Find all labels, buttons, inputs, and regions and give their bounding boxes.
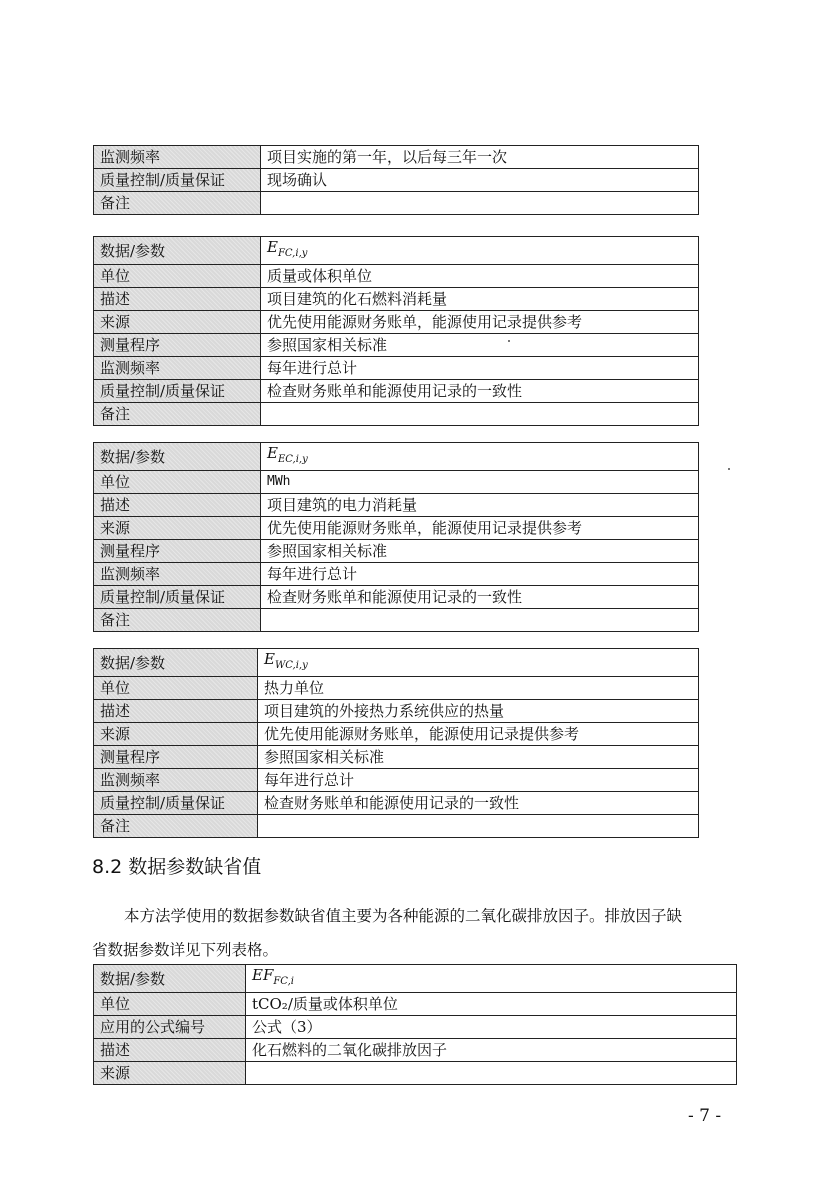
- table-row: 质量控制/质量保证现场确认: [94, 169, 699, 192]
- row-value: 项目建筑的电力消耗量: [261, 494, 699, 517]
- row-value: 参照国家相关标准: [261, 334, 699, 357]
- row-label: 备注: [94, 403, 261, 426]
- row-label: 描述: [94, 700, 258, 723]
- row-value: 检查财务账单和能源使用记录的一致性: [261, 586, 699, 609]
- row-label: 监测频率: [94, 769, 258, 792]
- table-row: 数据/参数EFFC,i: [94, 965, 737, 993]
- table-row: 单位热力单位: [94, 677, 699, 700]
- row-value: [261, 609, 699, 632]
- row-label: 单位: [94, 265, 261, 288]
- row-value: [261, 192, 699, 215]
- table-row: 备注: [94, 609, 699, 632]
- table-row: 测量程序参照国家相关标准: [94, 540, 699, 563]
- row-label: 备注: [94, 609, 261, 632]
- row-value: 检查财务账单和能源使用记录的一致性: [258, 792, 699, 815]
- row-value: 参照国家相关标准: [261, 540, 699, 563]
- table-row: 描述项目建筑的电力消耗量: [94, 494, 699, 517]
- row-label: 来源: [94, 311, 261, 334]
- table-row: 单位tCO₂/质量或体积单位: [94, 993, 737, 1016]
- page-number: - 7 -: [688, 1106, 721, 1126]
- table-row: 测量程序参照国家相关标准: [94, 334, 699, 357]
- param-table-continued: 监测频率项目实施的第一年，以后每三年一次 质量控制/质量保证现场确认 备注: [93, 145, 699, 215]
- param-symbol: EFC,i,y: [261, 237, 699, 265]
- row-value: 项目实施的第一年，以后每三年一次: [261, 146, 699, 169]
- row-value: [246, 1062, 737, 1085]
- param-table-efc: 数据/参数EFC,i,y 单位质量或体积单位 描述项目建筑的化石燃料消耗量 来源…: [93, 236, 699, 426]
- row-label: 备注: [94, 192, 261, 215]
- row-value: 公式（3）: [246, 1016, 737, 1039]
- row-label: 描述: [94, 1039, 246, 1062]
- table-row: 数据/参数EFC,i,y: [94, 237, 699, 265]
- table-row: 监测频率每年进行总计: [94, 357, 699, 380]
- row-label: 质量控制/质量保证: [94, 586, 261, 609]
- row-value: 质量或体积单位: [261, 265, 699, 288]
- table-row: 来源: [94, 1062, 737, 1085]
- table-row: 来源优先使用能源财务账单，能源使用记录提供参考: [94, 517, 699, 540]
- param-symbol: EWC,i,y: [258, 649, 699, 677]
- row-value: 每年进行总计: [261, 563, 699, 586]
- row-value: 优先使用能源财务账单，能源使用记录提供参考: [258, 723, 699, 746]
- table-row: 备注: [94, 815, 699, 838]
- row-label: 数据/参数: [94, 237, 261, 265]
- table-row: 单位MWh: [94, 471, 699, 494]
- row-label: 质量控制/质量保证: [94, 169, 261, 192]
- table-row: 应用的公式编号公式（3）: [94, 1016, 737, 1039]
- param-table-ewc: 数据/参数EWC,i,y 单位热力单位 描述项目建筑的外接热力系统供应的热量 来…: [93, 648, 699, 838]
- row-label: 来源: [94, 723, 258, 746]
- row-value: 项目建筑的外接热力系统供应的热量: [258, 700, 699, 723]
- param-symbol: EEC,i,y: [261, 443, 699, 471]
- row-label: 数据/参数: [94, 649, 258, 677]
- row-value: 优先使用能源财务账单，能源使用记录提供参考: [261, 311, 699, 334]
- row-value: 检查财务账单和能源使用记录的一致性: [261, 380, 699, 403]
- scan-speck: [508, 340, 510, 342]
- param-table-eec: 数据/参数EEC,i,y 单位MWh 描述项目建筑的电力消耗量 来源优先使用能源…: [93, 442, 699, 632]
- table-row: 描述项目建筑的外接热力系统供应的热量: [94, 700, 699, 723]
- row-label: 监测频率: [94, 563, 261, 586]
- row-value: MWh: [261, 471, 699, 494]
- row-label: 测量程序: [94, 540, 261, 563]
- param-symbol: EFFC,i: [246, 965, 737, 993]
- table-row: 测量程序参照国家相关标准: [94, 746, 699, 769]
- table-row: 质量控制/质量保证检查财务账单和能源使用记录的一致性: [94, 792, 699, 815]
- table-row: 来源优先使用能源财务账单，能源使用记录提供参考: [94, 311, 699, 334]
- row-value: 项目建筑的化石燃料消耗量: [261, 288, 699, 311]
- table-row: 监测频率项目实施的第一年，以后每三年一次: [94, 146, 699, 169]
- row-label: 来源: [94, 517, 261, 540]
- table-row: 备注: [94, 192, 699, 215]
- row-value: [258, 815, 699, 838]
- row-label: 监测频率: [94, 357, 261, 380]
- paragraph-line-2: 省数据参数详见下列表格。: [92, 932, 740, 968]
- scan-speck: [728, 468, 730, 470]
- row-label: 测量程序: [94, 746, 258, 769]
- table-row: 质量控制/质量保证检查财务账单和能源使用记录的一致性: [94, 380, 699, 403]
- table-row: 监测频率每年进行总计: [94, 769, 699, 792]
- row-label: 描述: [94, 288, 261, 311]
- table-row: 数据/参数EWC,i,y: [94, 649, 699, 677]
- table-row: 监测频率每年进行总计: [94, 563, 699, 586]
- row-value: 热力单位: [258, 677, 699, 700]
- row-label: 数据/参数: [94, 443, 261, 471]
- table-row: 质量控制/质量保证检查财务账单和能源使用记录的一致性: [94, 586, 699, 609]
- section-heading: 8.2 数据参数缺省值: [92, 852, 261, 879]
- table-row: 数据/参数EEC,i,y: [94, 443, 699, 471]
- row-value: tCO₂/质量或体积单位: [246, 993, 737, 1016]
- row-label: 测量程序: [94, 334, 261, 357]
- table-row: 描述化石燃料的二氧化碳排放因子: [94, 1039, 737, 1062]
- row-label: 监测频率: [94, 146, 261, 169]
- table-row: 备注: [94, 403, 699, 426]
- row-label: 描述: [94, 494, 261, 517]
- row-value: [261, 403, 699, 426]
- row-label: 单位: [94, 677, 258, 700]
- row-value: 现场确认: [261, 169, 699, 192]
- row-value: 参照国家相关标准: [258, 746, 699, 769]
- row-value: 每年进行总计: [258, 769, 699, 792]
- paragraph-line-1: 本方法学使用的数据参数缺省值主要为各种能源的二氧化碳排放因子。排放因子缺: [92, 898, 740, 934]
- row-label: 质量控制/质量保证: [94, 792, 258, 815]
- row-label: 应用的公式编号: [94, 1016, 246, 1039]
- param-table-effc: 数据/参数EFFC,i 单位tCO₂/质量或体积单位 应用的公式编号公式（3） …: [93, 964, 737, 1085]
- table-row: 单位质量或体积单位: [94, 265, 699, 288]
- row-value: 化石燃料的二氧化碳排放因子: [246, 1039, 737, 1062]
- table-row: 描述项目建筑的化石燃料消耗量: [94, 288, 699, 311]
- row-label: 来源: [94, 1062, 246, 1085]
- row-label: 数据/参数: [94, 965, 246, 993]
- table-row: 来源优先使用能源财务账单，能源使用记录提供参考: [94, 723, 699, 746]
- row-label: 单位: [94, 471, 261, 494]
- row-label: 质量控制/质量保证: [94, 380, 261, 403]
- row-value: 优先使用能源财务账单，能源使用记录提供参考: [261, 517, 699, 540]
- row-value: 每年进行总计: [261, 357, 699, 380]
- row-label: 单位: [94, 993, 246, 1016]
- row-label: 备注: [94, 815, 258, 838]
